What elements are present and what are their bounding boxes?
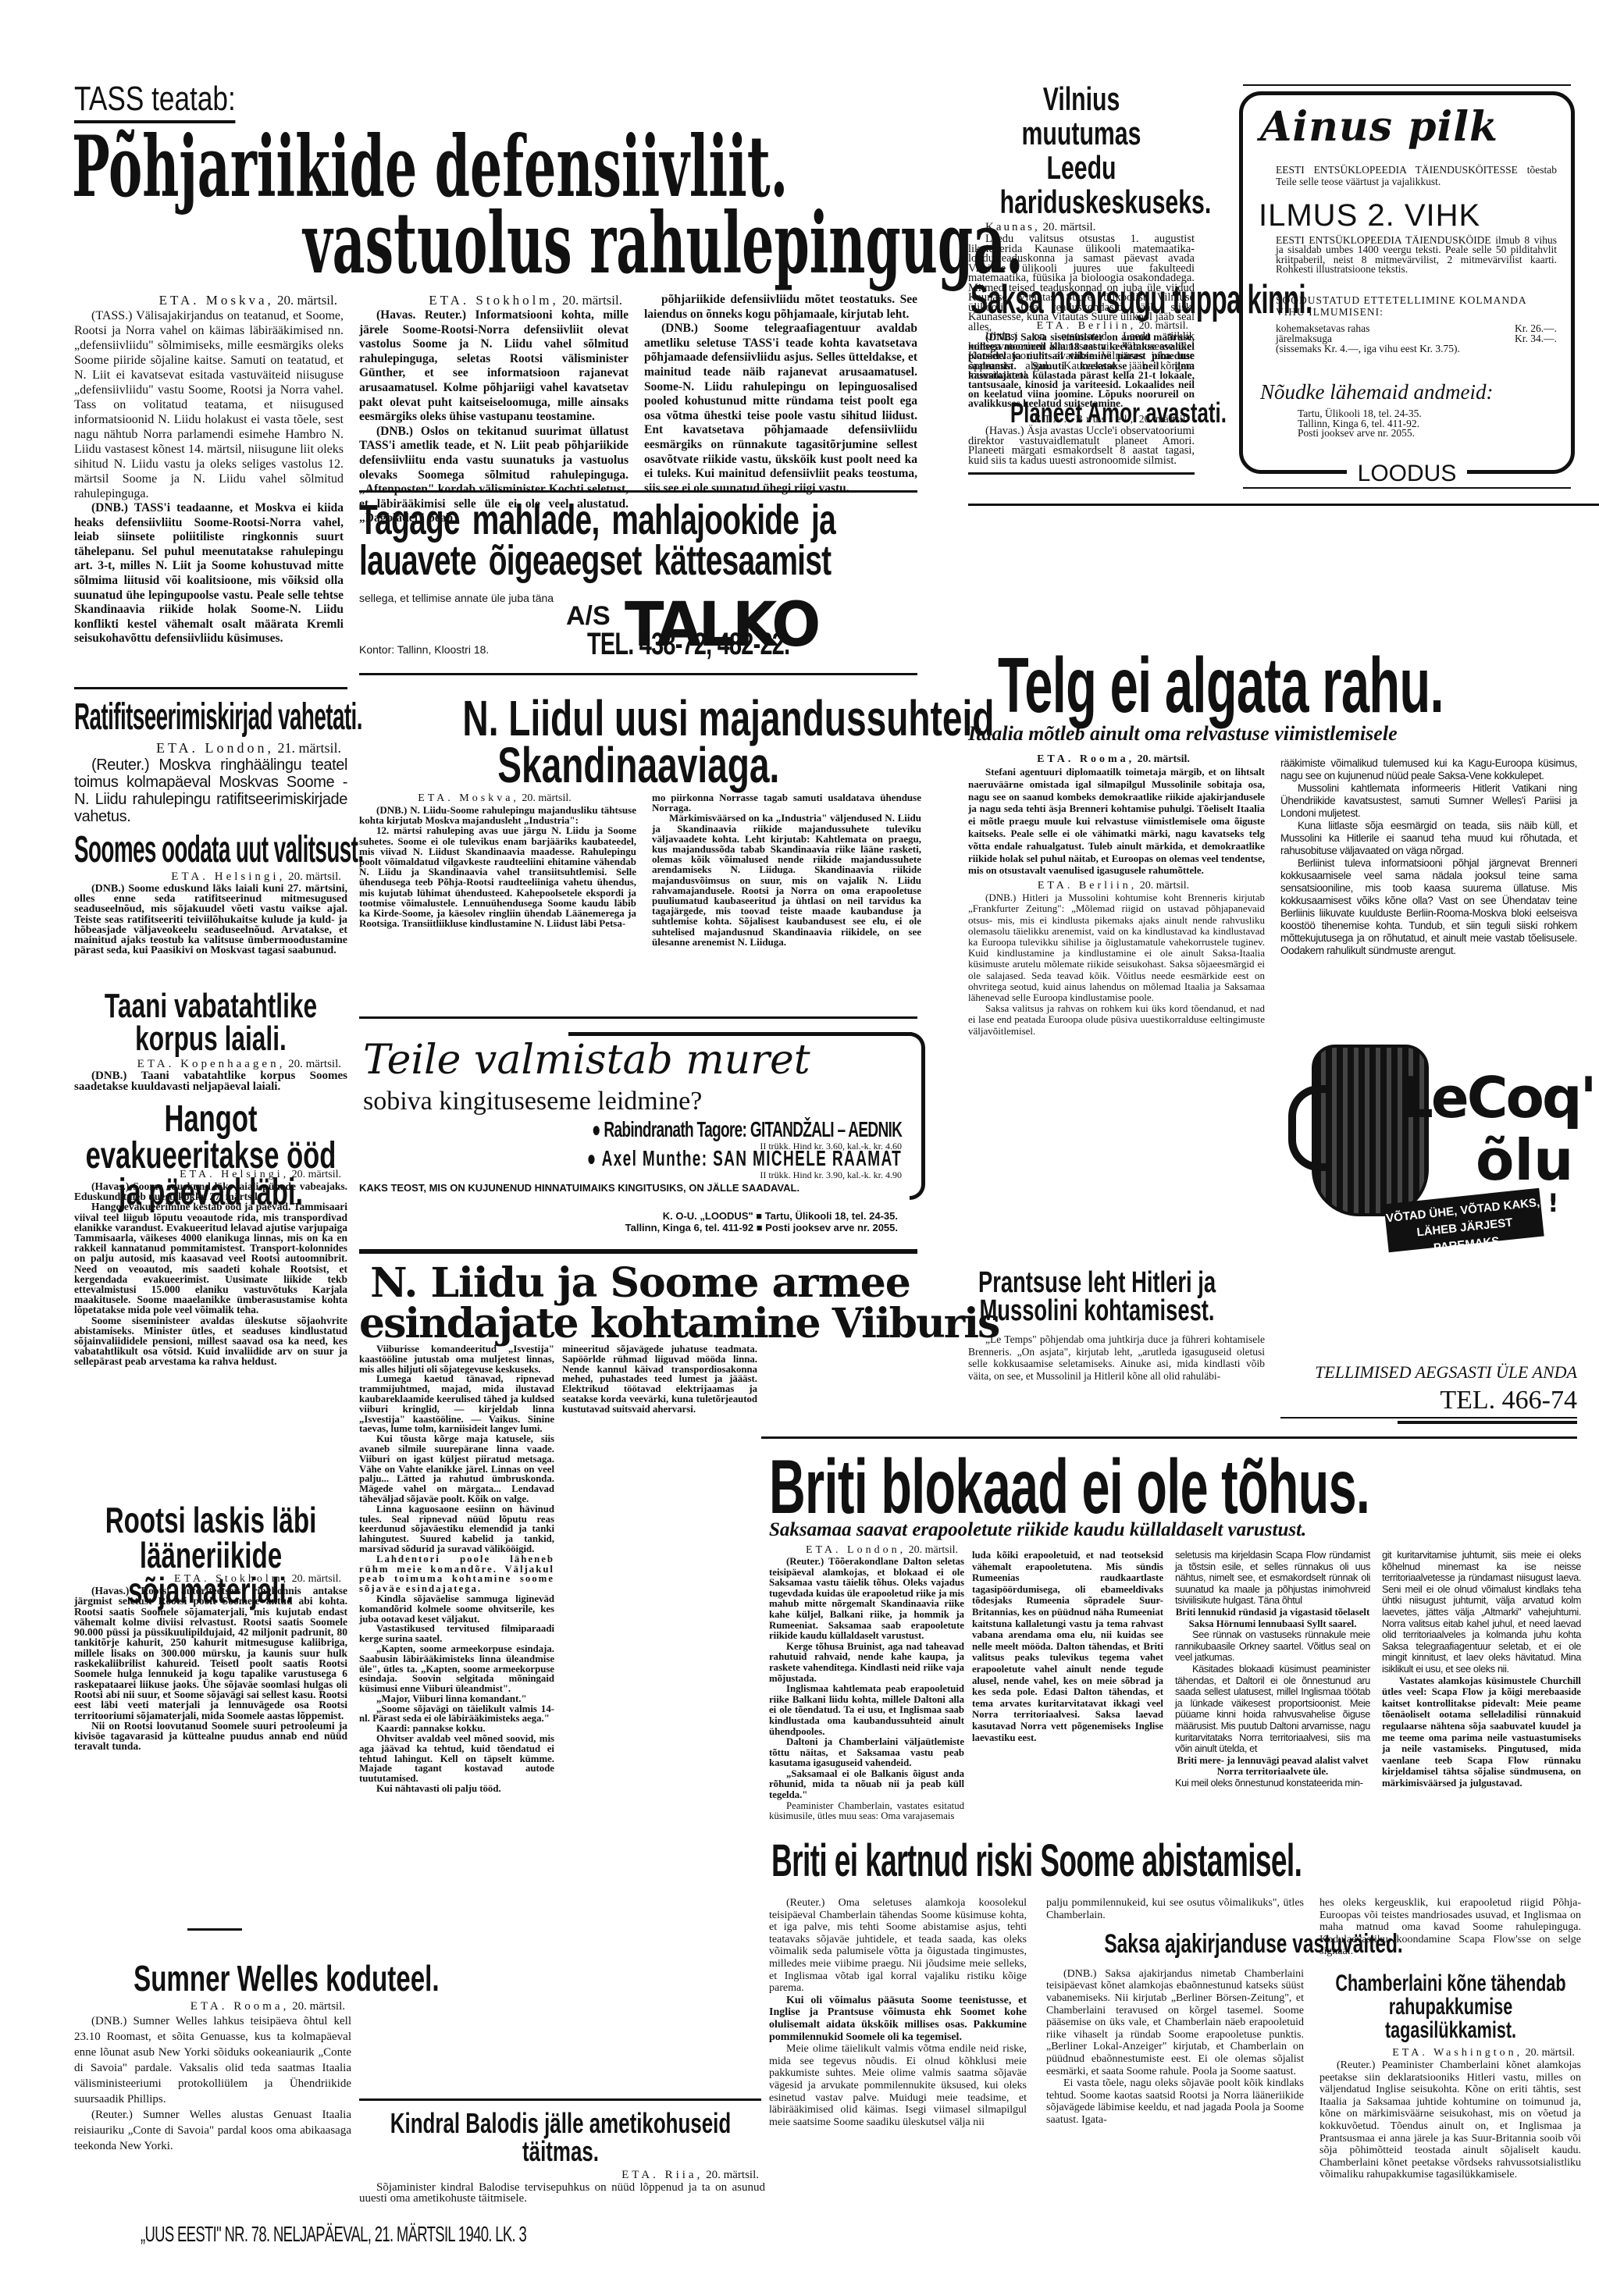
dateline-place: ETA. Helsingi, (180, 1169, 289, 1180)
paragraph: Briti mere- ja lennuvägi peavad alalist … (1175, 1755, 1370, 1778)
divider (761, 1436, 1577, 1439)
paragraph: Hango evakueerimine kestab ööd ja päevad… (74, 1201, 347, 1315)
paragraph: mineeritud sõjavägede juhatuse teadmata.… (562, 1344, 757, 1415)
dateline-place: ETA. Berliin, (1037, 320, 1136, 332)
divider (1280, 1417, 1577, 1419)
armee-headline-line2: esindajate kohtamine Viiburis (359, 1304, 921, 1344)
paragraph: (DNB.) N. Liidu-Soome rahulepingu majand… (359, 805, 636, 825)
paragraph: Peaminister Chamberlain, vastates esitat… (769, 1801, 964, 1822)
blokaad-col4: git kuritarvitamise juhtumit, siis meie … (1382, 1550, 1581, 1789)
dateline-place: ETA. London, (806, 1544, 906, 1556)
book-title: GITANDŽALI – AEDNIK (750, 1117, 902, 1141)
majandus-headline-line1: N. Liidul uusi majandussuhteid (462, 695, 994, 742)
paragraph: Inglismaa kahtlemata peab erapooletuid r… (769, 1684, 964, 1737)
kicker: TASS teatab: (74, 80, 276, 123)
divider (359, 490, 917, 493)
dateline-place: ETA. Stokholm, (174, 1573, 289, 1585)
dateline-date: 20. märtsil. (277, 293, 337, 308)
dateline-date: 20. märtsil. (706, 2169, 759, 2181)
ainus-pilk-ad: Ainus pilk EESTI ENTSÜKLOPEEDIA TÄIENDUS… (1239, 91, 1575, 474)
talko-office: Kontor: Tallinn, Kloostri 18. (359, 643, 489, 656)
telg-subhead: Itaalia mõtleb ainult oma relvastuse vii… (968, 722, 1585, 746)
divider (968, 504, 1599, 506)
divider (1243, 84, 1571, 86)
paragraph: (Reuter.) Tõõerakondlane Dalton seletas … (769, 1557, 964, 1642)
divider (359, 673, 917, 675)
armee-col2: mineeritud sõjavägede juhatuse teadmata.… (562, 1344, 757, 1415)
teile-ad: Teile valmistab muret sobiva kingitusese… (359, 1023, 925, 1171)
kartnud-col3: hes oleks kergeusklik, kui erapooletud r… (1319, 1897, 1581, 2181)
majandus-col2: mo piirkonna Norrasse tagab samuti usald… (652, 792, 921, 947)
kartnud-col2: palju pommilennukeid, kui see osutus või… (1046, 1897, 1304, 2127)
teile-note: KAKS TEOST, MIS ON KUJUNENUD HINNATUIMAI… (359, 1183, 898, 1194)
dateline-date: 21. märtsil. (278, 740, 342, 756)
telg-col1: ETA. Rooma, 20. märtsil. Stefani agentuu… (968, 753, 1265, 1037)
lecoq-tel: TEL. 466-74 (1280, 1386, 1577, 1415)
paragraph: Linna kaguosaone eesiinn on hävinud tule… (359, 1504, 554, 1554)
book-price: II trükk. Hind kr. 3.90, kal.-k. kr. 4.9… (439, 1169, 902, 1181)
page-footer: „UUS EESTI" NR. 78. NELJAPÄEVAL, 21. MÄR… (141, 2223, 526, 2245)
paragraph: Kui meil oleks õnnestunud konstateerida … (1175, 1778, 1370, 1789)
blokaad-col3: seletusis ma kirjeldasin Scapa Flow ründ… (1175, 1550, 1370, 1789)
dateline-date: 20. märtsil. (292, 2000, 345, 2013)
prantsuse-headline-wrap: Prantsuse leht Hitleri ja Mussolini koht… (968, 1269, 1226, 1325)
dateline-place: ETA. Moskva, (159, 293, 274, 308)
paragraph: 12. märtsi rahuleping avas uue järgu N. … (359, 825, 636, 928)
tass-col1: ETA. Moskva, 20. märtsil. (TASS.) Välisa… (74, 293, 344, 646)
paragraph: Vastates alamkojas küsimustele Churchill… (1382, 1675, 1581, 1789)
paragraph: (DNB.) TASS'i teadaanne, et Moskva ei ki… (74, 501, 344, 646)
address-line: Posti jooksev arve nr. 2055. (1298, 429, 1422, 439)
teile-contacts: K. O-U. „LOODUS" ■ Tartu, Ülikooli 18, t… (359, 1210, 898, 1233)
dateline-date: 20. märtsil. (292, 1573, 341, 1585)
majandus-headline: N. Liidul uusi majandussuhteid Skandinaa… (359, 695, 917, 788)
soomes-valitsus-headline: Soomes oodata uut valitsust. (74, 831, 363, 869)
dateline-date: 20. märtsil. (1526, 2047, 1575, 2059)
taani-headline-wrap: Taani vabatahtlike korpus laiali. (74, 990, 347, 1055)
divider (359, 1249, 917, 1254)
divider (1398, 1421, 1577, 1424)
paragraph: rääkimiste võimalikud tulemused kui ka K… (1280, 757, 1577, 782)
ainus-pilk-intro: EESTI ENTSÜKLOPEEDIA TÄIENDUSKÖITESSE tõ… (1276, 164, 1557, 187)
teile-sub: sobiva kingituseseme leidmine? (363, 1087, 702, 1116)
dateline-place: ETA. Rooma, (191, 2000, 290, 2013)
paragraph: „Saksamaal ei ole Balkanis õigust anda r… (769, 1769, 964, 1801)
dateline-place: ETA. Moskva, (418, 792, 519, 804)
prantsuse-article: „Le Temps" põhjendab oma juhtkirja duce … (968, 1333, 1265, 1382)
paragraph: „Major, Viiburi linna komandant." (359, 1694, 554, 1704)
paragraph: (Reuter.) Moskva ringhäälingu teatel toi… (74, 756, 347, 825)
sumner-headline-wrap: Sumner Welles koduteel. (74, 1960, 347, 1997)
paragraph: (DNB.) Taani vabatahtlike korpus Soomes … (74, 1071, 347, 1092)
paragraph: (Havas.) Rootsi autoriteetseis ringkonni… (74, 1586, 347, 1721)
paragraph: Lumega kaetud tänavad, ripnevad trammiju… (359, 1374, 554, 1434)
dateline-date: 20. märtsil. (1138, 753, 1190, 765)
paragraph: Kui nähtavasti oli palju tööd. (359, 1784, 554, 1794)
contact-line: K. O-U. „LOODUS" ■ Tartu, Ülikooli 18, t… (359, 1210, 898, 1222)
briti-blokaad-subhead: Saksamaa saavat erapooletute riikide kau… (769, 1519, 1581, 1541)
paragraph: (Havas.) Äsja avastas Uccle'i observatoo… (968, 426, 1195, 465)
divider (187, 1928, 242, 1931)
paragraph: (TASS.) Välisajakirjandus on teatanud, e… (74, 308, 344, 501)
paragraph: Viiburisse komandeeritud „Isvestija" kaa… (359, 1344, 554, 1374)
dateline-date: 20. märtsil. (1140, 880, 1189, 892)
taani-headline: Taani vabatahtlike korpus laiali. (79, 990, 343, 1055)
ainus-pilk-cta: Nõudke lähemaid andmeid: (1260, 380, 1493, 404)
paragraph: palju pommilennukeid, kui see osutus või… (1046, 1897, 1304, 1921)
rootsi-laskis-article: ETA. Stokholm, 20. märtsil. (Havas.) Roo… (74, 1573, 347, 1752)
book-author: Axel Munthe: (601, 1146, 707, 1170)
paragraph: (DNB.) Hitleri ja Mussolini kohtumise ko… (968, 892, 1265, 1003)
lecoq-ad: LeCoq'i õlu VÕTAD ÜHE, VÕTAD KAKS, LÄHEB… (1280, 1015, 1577, 1327)
lecoq-note: TELLIMISED AEGSASTI ÜLE ANDA (1280, 1362, 1577, 1383)
saksa-noorsugu-article: ETA. Berliin, 20. märtsil. (DNB.) Saksa … (968, 320, 1195, 409)
dateline-place: ETA. Kopenhaagen, (137, 1058, 286, 1070)
lecoq-brand: LeCoq'i (1398, 1070, 1599, 1126)
paragraph: põhjariikide defensiivliidu mõtet teosta… (644, 293, 917, 322)
paragraph: Kuna liitlaste sõja eesmärgid on teada, … (1280, 820, 1577, 857)
dateline-date: 20. märtsil. (1139, 414, 1188, 425)
dateline-place: ETA. Stokholm, (429, 293, 559, 308)
taani-article: ETA. Kopenhaagen, 20. märtsil. (DNB.) Ta… (74, 1058, 347, 1092)
dateline-date: 20. märtsil. (522, 792, 571, 804)
dateline-place: ETA. Riia, (621, 2169, 703, 2181)
telg-col2: rääkimiste võimalikud tulemused kui ka K… (1280, 757, 1577, 957)
balodis-headline: Kindral Balodis jälle ametikohuseid täit… (364, 2109, 757, 2166)
divider (1243, 487, 1571, 489)
divider (359, 2098, 761, 2101)
paragraph: Saksa valitsus ja rahvas on rohkem kui ü… (968, 1003, 1265, 1037)
paragraph: „Kapten, soome armeekorpuse esindaja. Sa… (359, 1644, 554, 1694)
ratifitseerimis-headline: Ratifitseerimiskirjad vahetati. (74, 699, 362, 736)
paragraph: (Reuter.) Peaminister Chamberlaini kõnet… (1319, 2059, 1581, 2181)
paragraph: Lahdentori poole läheneb rühm meie koman… (359, 1554, 554, 1594)
briti-ei-kartnud-headline: Briti ei kartnud riski Soome abistamisel… (771, 1839, 1302, 1884)
paragraph: Stefani agentuuri diplomaatilk toimetaja… (968, 766, 1265, 877)
ainus-pilk-body: EESTI ENTSÜKLOPEEDIA TÄIENDUSKÖIDE ilmub… (1276, 236, 1557, 275)
lecoq-olu: õlu (1476, 1132, 1573, 1188)
dateline-date: 20. märtsil. (292, 1169, 341, 1180)
dateline-date: 20. märtsil. (562, 293, 622, 308)
divider (74, 687, 347, 689)
ainus-pilk-title: Ainus pilk (1260, 103, 1498, 151)
kartnud-col1: (Reuter.) Oma seletuses alamkoja koosole… (769, 1897, 1027, 2128)
talko-headline: Tagage mahlade, mahlajookide ja lauavete… (359, 500, 916, 581)
paragraph: Ei vasta tõele, nagu oleks sõjaväe poolt… (1046, 2077, 1304, 2126)
paragraph: Mussolini kahtlemata informeeris Hitleri… (1280, 782, 1577, 820)
ratifitseerimis-article: ETA. London, 21. märtsil. (Reuter.) Mosk… (74, 740, 347, 825)
paragraph: Kui oli võimalus pääsuta Soome teenistus… (769, 1995, 1027, 2043)
paragraph: (Havas. Reuter.) Informatsiooni kohta, m… (359, 308, 629, 425)
dateline-date: 20. märtsil. (288, 1058, 341, 1070)
paragraph: (DNB.) Soome telegraafiagentuur avaldab … (644, 322, 917, 496)
balodis-article: ETA. Riia, 20. märtsil. Sõjaminister kin… (359, 2169, 765, 2204)
dateline-place: ETA. Rooma, (1037, 753, 1134, 765)
dateline-place: ETA. Helsingi, (171, 870, 285, 883)
paragraph: (Reuter.) Sumner Welles alustas Genuast … (74, 2107, 351, 2154)
paragraph: (DNB.) Saksa ajakirjandus nimetab Chambe… (1046, 1968, 1304, 2077)
soomes-valitsus-article: ETA. Helsingi, 20. märtsil. (DNB.) Soome… (74, 870, 347, 956)
kicker-text: TASS teatab: (74, 80, 236, 123)
book-author: Rabindranath Tagore: (604, 1117, 746, 1141)
chamberlain-headline: Chamberlaini kõne tähendab rahupakkumise… (1321, 1972, 1579, 2042)
vilnius-headline: Vilnius muutumas Leedu hariduskeskuseks. (1000, 82, 1163, 219)
paragraph: Meie olime täielikult valmis võtma endil… (769, 2043, 1027, 2128)
loodus-brand: LOODUS (1347, 461, 1468, 486)
ainus-pilk-addresses: Tartu, Ülikooli 18, tel. 24-35. Tallinn,… (1298, 409, 1422, 439)
paragraph: (Reuter.) Oma seletuses alamkoja koosole… (769, 1897, 1027, 1995)
telg-headline: Telg ei algata rahu. (998, 646, 1444, 724)
divider (359, 1016, 917, 1019)
paragraph: Kindla sõjaväelise sammuga ligineväd kom… (359, 1594, 554, 1624)
mug-handle-icon (1288, 1085, 1327, 1171)
paragraph: mo piirkonna Norrasse tagab samuti usald… (652, 792, 921, 813)
briti-blokaad-headline: Briti blokaad ei ole tõhus. (769, 1448, 1369, 1525)
dateline-date: 20. märtsil. (1139, 320, 1188, 332)
paragraph: Vastastikused tervitused filmiparaadi ke… (359, 1624, 554, 1644)
dateline-date: 20. märtsil. (909, 1544, 958, 1556)
paragraph: luda kõiki erapooletuid, et nad teotseks… (972, 1550, 1163, 1743)
dateline-date: 20. märtsil. (288, 870, 341, 883)
teile-script: Teile valmistab muret (363, 1037, 810, 1084)
paragraph: Berliinist tuleva informatsiooni põhjal … (1280, 857, 1577, 957)
armee-headline: N. Liidu ja Soome armee esindajate kohta… (359, 1263, 921, 1344)
planeet-amor-article: ETA. Brüssel, 20. märtsil. (Havas.) Äsja… (968, 414, 1195, 465)
sumner-welles-article: ETA. Rooma, 20. märtsil. (DNB.) Sumner W… (74, 2000, 351, 2154)
price-value: Kr. 34.—. (1515, 333, 1557, 344)
paragraph: Soome siseministeer avaldas üleskutse sõ… (74, 1315, 347, 1367)
divider (968, 472, 1195, 475)
hangot-article: ETA. Helsingi, 20. märtsil. (Havas.) Soo… (74, 1169, 347, 1367)
dateline-place: ETA. London, (156, 740, 274, 756)
paragraph: (DNB.) Sumner Welles lahkus teisipäeva õ… (74, 2013, 351, 2107)
paragraph: seletusis ma kirjeldasin Scapa Flow ründ… (1175, 1550, 1370, 1607)
book-2: ● Axel Munthe: SAN MICHELE RAAMAT II trü… (439, 1148, 902, 1181)
paragraph: Nii on Rootsi loovutanud Soomele suuri p… (74, 1721, 347, 1752)
majandus-headline-line2: Skandinaaviaga. (497, 742, 779, 788)
paragraph: (Havas.) Soome eduskund läks laiali püha… (74, 1181, 347, 1201)
dateline-place: ETA. Berliin, (1038, 880, 1137, 892)
price-note: (sissemaks Kr. 4.—, iga vihu eest Kr. 3.… (1276, 344, 1557, 354)
armee-col1: Viiburisse komandeeritud „Isvestija" kaa… (359, 1344, 554, 1794)
dateline-place: Kaunas, (985, 221, 1040, 233)
talko-subtext: sellega, et tellimise annate üle juba tä… (359, 592, 554, 604)
dateline-place: ETA. Brüssel, (1035, 414, 1137, 425)
ainus-pilk-big: ILMUS 2. VIHK (1259, 198, 1480, 233)
paragraph: „Soome sõjavägi on täielikult valmis 14-… (359, 1704, 554, 1725)
paragraph: Märkimisväärsed on ka „Industria" väljen… (652, 813, 921, 947)
paragraph: Kerge tõhusa Bruinist, aga nad taheavad … (769, 1642, 964, 1684)
book-title: SAN MICHELE RAAMAT (713, 1146, 902, 1170)
talko-ad: Tagage mahlade, mahlajookide ja lauavete… (359, 500, 917, 617)
dateline-place: ETA. Washington, (1392, 2047, 1522, 2059)
talko-tel: TEL. 438-72, 482-22. (587, 628, 789, 660)
paragraph: Sõjaminister kindral Balodise tervisepuh… (359, 2182, 765, 2204)
paragraph: Daltoni ja Chamberlaini väljaütlemiste t… (769, 1737, 964, 1769)
main-headline-line2: vastuolus rahulepinguga. (303, 201, 1024, 286)
blokaad-col1: ETA. London, 20. märtsil. (Reuter.) Tõõe… (769, 1544, 964, 1822)
paragraph: hes oleks kergeusklik, kui erapooletud r… (1319, 1897, 1581, 1958)
majandus-col1: ETA. Moskva, 20. märtsil. (DNB.) N. Liid… (359, 792, 636, 928)
paragraph: Kui tõusta kõrge maja katusele, siis ava… (359, 1434, 554, 1504)
paragraph: git kuritarvitamise juhtumit, siis meie … (1382, 1550, 1581, 1675)
tass-col3: põhjariikide defensiivliidu mõtet teosta… (644, 293, 917, 496)
paragraph: Ohvitser avaldab veel mõned soovid, mis … (359, 1734, 554, 1784)
paragraph: Briti lennukid ründasid ja vigastasid tõ… (1175, 1607, 1370, 1629)
paragraph: „Le Temps" põhjendab oma juhtkirja duce … (968, 1333, 1265, 1382)
balodis-headline-wrap: Kindral Balodis jälle ametikohuseid täit… (359, 2109, 761, 2166)
dateline-date: 20. märtsil. (1043, 221, 1096, 233)
armee-headline-line1: N. Liidu ja Soome armee (359, 1263, 921, 1304)
contact-line: Tallinn, Kinga 6, tel. 411-92 ■ Posti jo… (359, 1222, 898, 1233)
ainus-pilk-offer: SOODUSTATUD ETTETELLIMINE KOLMANDA VIHU … (1276, 294, 1557, 318)
paragraph: Käsitades blokaadi küsimust peaminister … (1175, 1664, 1370, 1755)
paragraph: See rünnak on vastuseks rünnakule meie r… (1175, 1629, 1370, 1664)
paragraph: (DNB.) Soome eduskund läks laiali kuni 2… (74, 884, 347, 956)
prantsuse-leht-headline: Prantsuse leht Hitleri ja Mussolini koht… (968, 1269, 1226, 1325)
blokaad-col2: luda kõiki erapooletuid, et nad teotseks… (972, 1550, 1163, 1743)
sumner-welles-headline: Sumner Welles koduteel. (134, 1960, 439, 1997)
